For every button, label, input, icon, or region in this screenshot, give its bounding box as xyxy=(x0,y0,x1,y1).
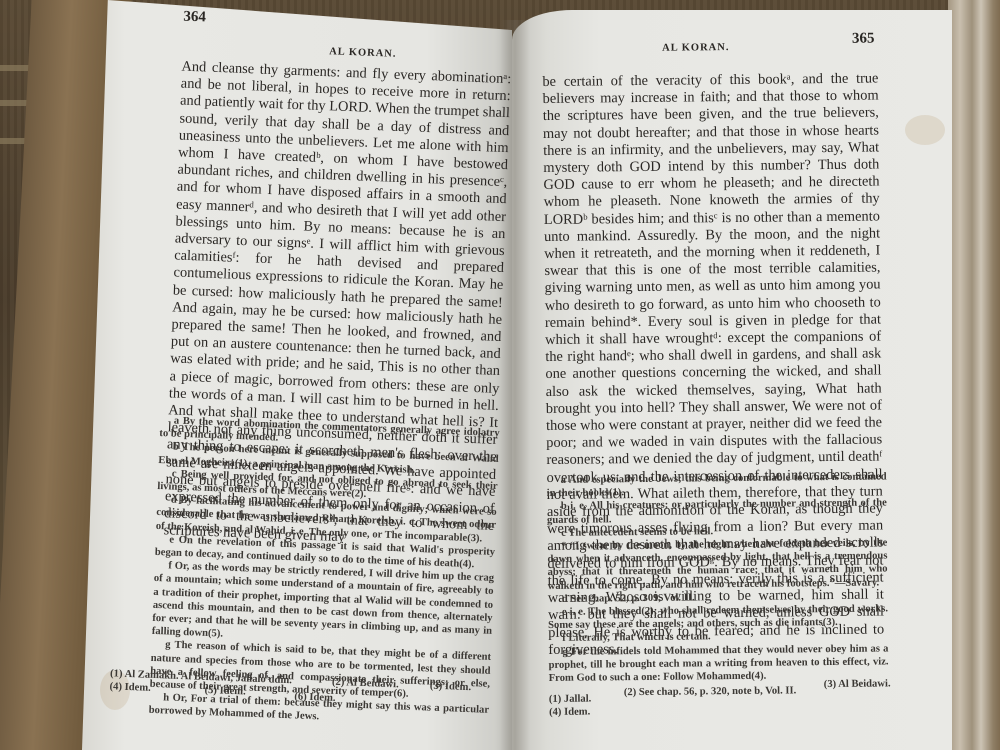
source-references: (1) Jallal. (2) See chap. 56, p. 320, no… xyxy=(549,680,929,724)
running-head: AL KORAN. xyxy=(662,42,729,54)
reference-4: (4) Idem. xyxy=(109,681,151,694)
footnote-star: * “I swear by the moon, by the night whe… xyxy=(547,536,888,592)
reference-6: (6) Idem. xyxy=(294,691,336,704)
footnote-f: f Or, as the words may be strictly rende… xyxy=(152,559,495,651)
right-page-content: 365 AL KORAN. be certain of the veracity… xyxy=(542,36,969,740)
reference-2: (2) Al Beidawi. xyxy=(332,677,399,691)
footnote-a: a And especially the Jews; this being co… xyxy=(547,470,887,500)
running-head: AL KORAN. xyxy=(329,46,397,60)
footnote-b: b i. e. All his creatures; or particular… xyxy=(547,497,887,527)
footnotes: a And especially the Jews; this being co… xyxy=(547,470,889,685)
page-number: 364 xyxy=(183,9,206,27)
left-page-content: 364 AL KORAN. And cleanse thy garments: … xyxy=(88,0,516,750)
footnote-e: e i. e. The blessed(2); who shall redeem… xyxy=(548,602,888,632)
reference-1: (1) Jallal. xyxy=(549,694,591,705)
reference-3: (3) Al Beidawi. xyxy=(824,678,891,690)
reference-4: (4) Idem. xyxy=(549,707,590,718)
page-number: 365 xyxy=(852,31,875,48)
reference-2: (2) See chap. 56, p. 320, note b, Vol. I… xyxy=(624,685,797,698)
reference-5: (5) Idem. xyxy=(204,685,246,698)
reference-3: (3) Idem. xyxy=(430,681,472,694)
